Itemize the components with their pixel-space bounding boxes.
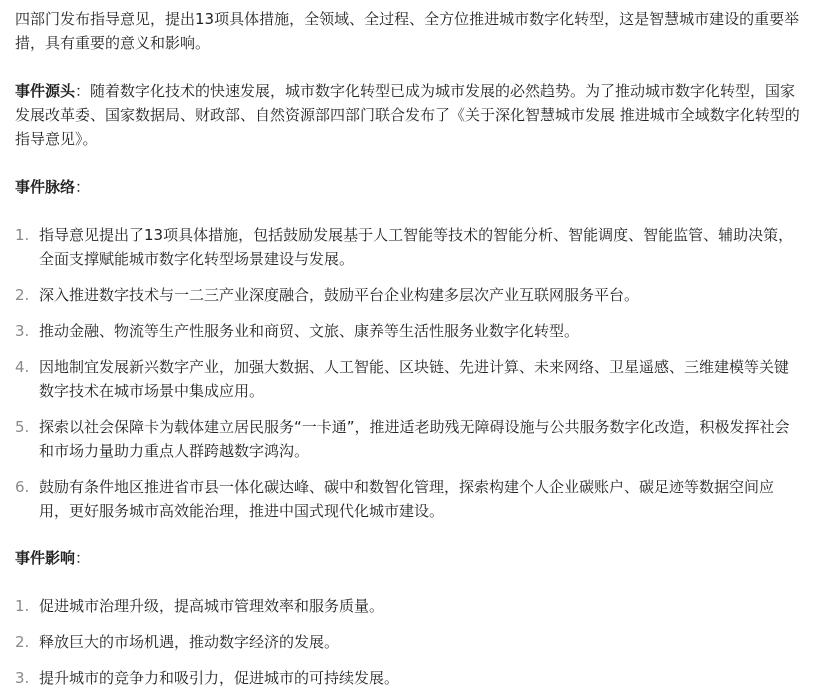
list-text: 深入推进数字技术与一二三产业深度融合，鼓励平台企业构建多层次产业互联网服务平台。 bbox=[39, 286, 639, 304]
list-number: 2. bbox=[15, 283, 29, 307]
source-label: 事件源头 bbox=[15, 82, 75, 100]
list-text: 指导意见提出了13项具体措施，包括鼓励发展基于人工智能等技术的智能分析、智能调度… bbox=[39, 226, 793, 268]
list-text: 因地制宜发展新兴数字产业，加强大数据、人工智能、区块链、先进计算、未来网络、卫星… bbox=[39, 358, 789, 400]
list-number: 1. bbox=[15, 223, 29, 247]
context-list: 1.指导意见提出了13项具体措施，包括鼓励发展基于人工智能等技术的智能分析、智能… bbox=[15, 223, 800, 523]
list-number: 5. bbox=[15, 415, 29, 439]
impact-heading: 事件影响： bbox=[15, 546, 90, 570]
source-paragraph: 事件源头：随着数字化技术的快速发展，城市数字化转型已成为城市发展的必然趋势。为了… bbox=[15, 79, 800, 151]
list-number: 4. bbox=[15, 355, 29, 379]
context-heading: 事件脉络： bbox=[15, 175, 90, 199]
context-heading-text: 事件脉络 bbox=[15, 178, 75, 196]
impact-list: 1.促进城市治理升级，提高城市管理效率和服务质量。 2.释放巨大的市场机遇，推动… bbox=[15, 594, 800, 690]
list-item: 3.提升城市的竞争力和吸引力，促进城市的可持续发展。 bbox=[15, 666, 800, 690]
list-text: 提升城市的竞争力和吸引力，促进城市的可持续发展。 bbox=[39, 669, 399, 687]
list-item: 6.鼓励有条件地区推进省市县一体化碳达峰、碳中和数智化管理，探索构建个人企业碳账… bbox=[15, 475, 800, 523]
list-item: 5.探索以社会保障卡为载体建立居民服务“一卡通”，推进适老助残无障碍设施与公共服… bbox=[15, 415, 800, 463]
list-item: 1.促进城市治理升级，提高城市管理效率和服务质量。 bbox=[15, 594, 800, 618]
list-text: 释放巨大的市场机遇，推动数字经济的发展。 bbox=[39, 633, 339, 651]
list-number: 2. bbox=[15, 630, 29, 654]
intro-paragraph: 四部门发布指导意见，提出13项具体措施，全领域、全过程、全方位推进城市数字化转型… bbox=[15, 7, 800, 55]
list-item: 4.因地制宜发展新兴数字产业，加强大数据、人工智能、区块链、先进计算、未来网络、… bbox=[15, 355, 800, 403]
list-text: 促进城市治理升级，提高城市管理效率和服务质量。 bbox=[39, 597, 384, 615]
list-item: 2.释放巨大的市场机遇，推动数字经济的发展。 bbox=[15, 630, 800, 654]
list-number: 3. bbox=[15, 666, 29, 690]
list-text: 推动金融、物流等生产性服务业和商贸、文旅、康养等生活性服务业数字化转型。 bbox=[39, 322, 579, 340]
list-text: 探索以社会保障卡为载体建立居民服务“一卡通”，推进适老助残无障碍设施与公共服务数… bbox=[39, 418, 790, 460]
list-number: 6. bbox=[15, 475, 29, 499]
context-heading-colon: ： bbox=[75, 178, 90, 196]
impact-heading-colon: ： bbox=[75, 549, 90, 567]
source-text: 随着数字化技术的快速发展，城市数字化转型已成为城市发展的必然趋势。为了推动城市数… bbox=[15, 82, 800, 148]
source-colon: ： bbox=[75, 82, 90, 100]
list-text: 鼓励有条件地区推进省市县一体化碳达峰、碳中和数智化管理，探索构建个人企业碳账户、… bbox=[39, 478, 774, 520]
list-item: 3.推动金融、物流等生产性服务业和商贸、文旅、康养等生活性服务业数字化转型。 bbox=[15, 319, 800, 343]
list-number: 3. bbox=[15, 319, 29, 343]
list-number: 1. bbox=[15, 594, 29, 618]
list-item: 2.深入推进数字技术与一二三产业深度融合，鼓励平台企业构建多层次产业互联网服务平… bbox=[15, 283, 800, 307]
impact-heading-text: 事件影响 bbox=[15, 549, 75, 567]
list-item: 1.指导意见提出了13项具体措施，包括鼓励发展基于人工智能等技术的智能分析、智能… bbox=[15, 223, 800, 271]
